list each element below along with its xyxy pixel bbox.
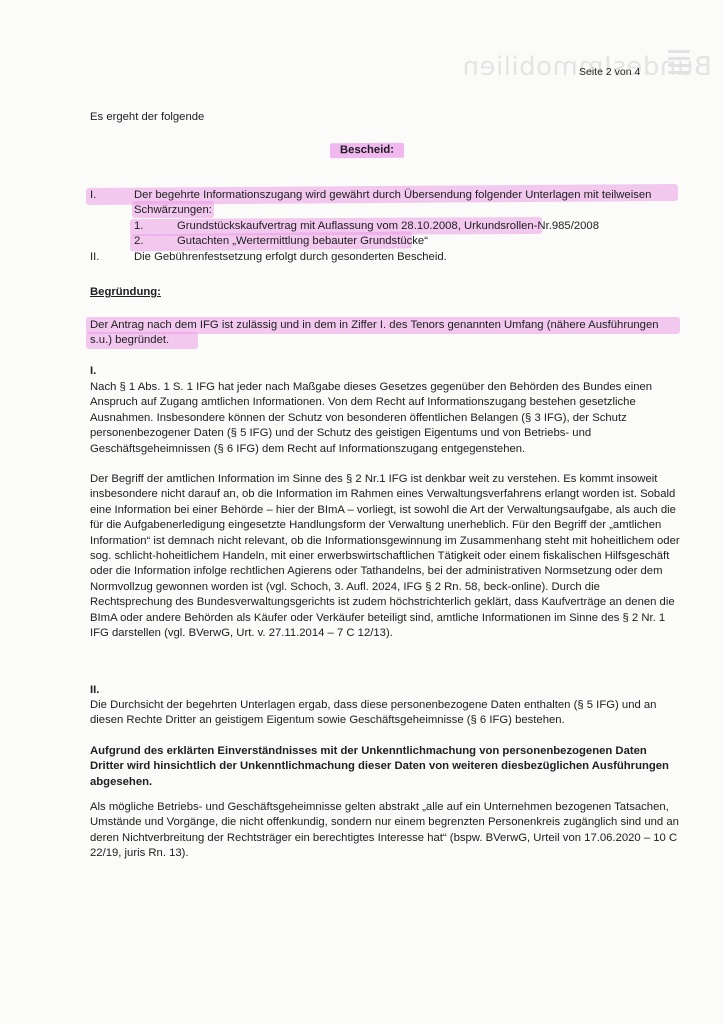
bescheid-title: Bescheid: — [330, 143, 404, 159]
tenor-item-text: Die Gebührenfestsetzung erfolgt durch ge… — [134, 250, 680, 265]
tenor-subitem-number: 2. — [134, 234, 177, 249]
section-ii-paragraph-2: Aufgrund des erklärten Einverständnisses… — [90, 744, 680, 790]
document-page: BundesImmobilien Seite 2 von 4 Es ergeht… — [0, 0, 724, 1024]
tenor-item-text: Der begehrte Informationszugang wird gew… — [134, 188, 680, 219]
tenor-subitem-text: Gutachten „Wertermittlung bebauter Grund… — [177, 234, 428, 249]
begruendung-heading: Begründung: — [90, 286, 161, 298]
section-i-label: I. — [90, 364, 680, 379]
bleed-through-logo-icon — [668, 46, 690, 86]
tenor-subitem: 2. Gutachten „Wertermittlung bebauter Gr… — [90, 234, 680, 249]
tenor-subitem-text: Grundstückskaufvertrag mit Auflassung vo… — [177, 219, 599, 234]
tenor-subitem-number: 1. — [134, 219, 177, 234]
tenor-item-number: II. — [90, 250, 134, 265]
intro-text: Es ergeht der folgende — [90, 110, 680, 125]
section-i-paragraph-2: Der Begriff der amtlichen Information im… — [90, 472, 680, 641]
tenor-item: I. Der begehrte Informationszugang wird … — [90, 188, 680, 219]
tenor-item-number: I. — [90, 188, 134, 219]
tenor-item: II. Die Gebührenfestsetzung erfolgt durc… — [90, 250, 680, 265]
section-i-paragraph-1: Nach § 1 Abs. 1 S. 1 IFG hat jeder nach … — [90, 380, 680, 457]
page-number: Seite 2 von 4 — [579, 66, 640, 78]
section-ii-label: II. — [90, 683, 680, 698]
section-ii-paragraph-1: Die Durchsicht der begehrten Unterlagen … — [90, 698, 680, 729]
section-ii-paragraph-3: Als mögliche Betriebs- und Geschäftsgehe… — [90, 800, 680, 862]
tenor-subitem: 1. Grundstückskaufvertrag mit Auflassung… — [90, 219, 680, 234]
begruendung-intro: Der Antrag nach dem IFG ist zulässig und… — [90, 318, 680, 349]
tenor-list: I. Der begehrte Informationszugang wird … — [90, 188, 680, 265]
